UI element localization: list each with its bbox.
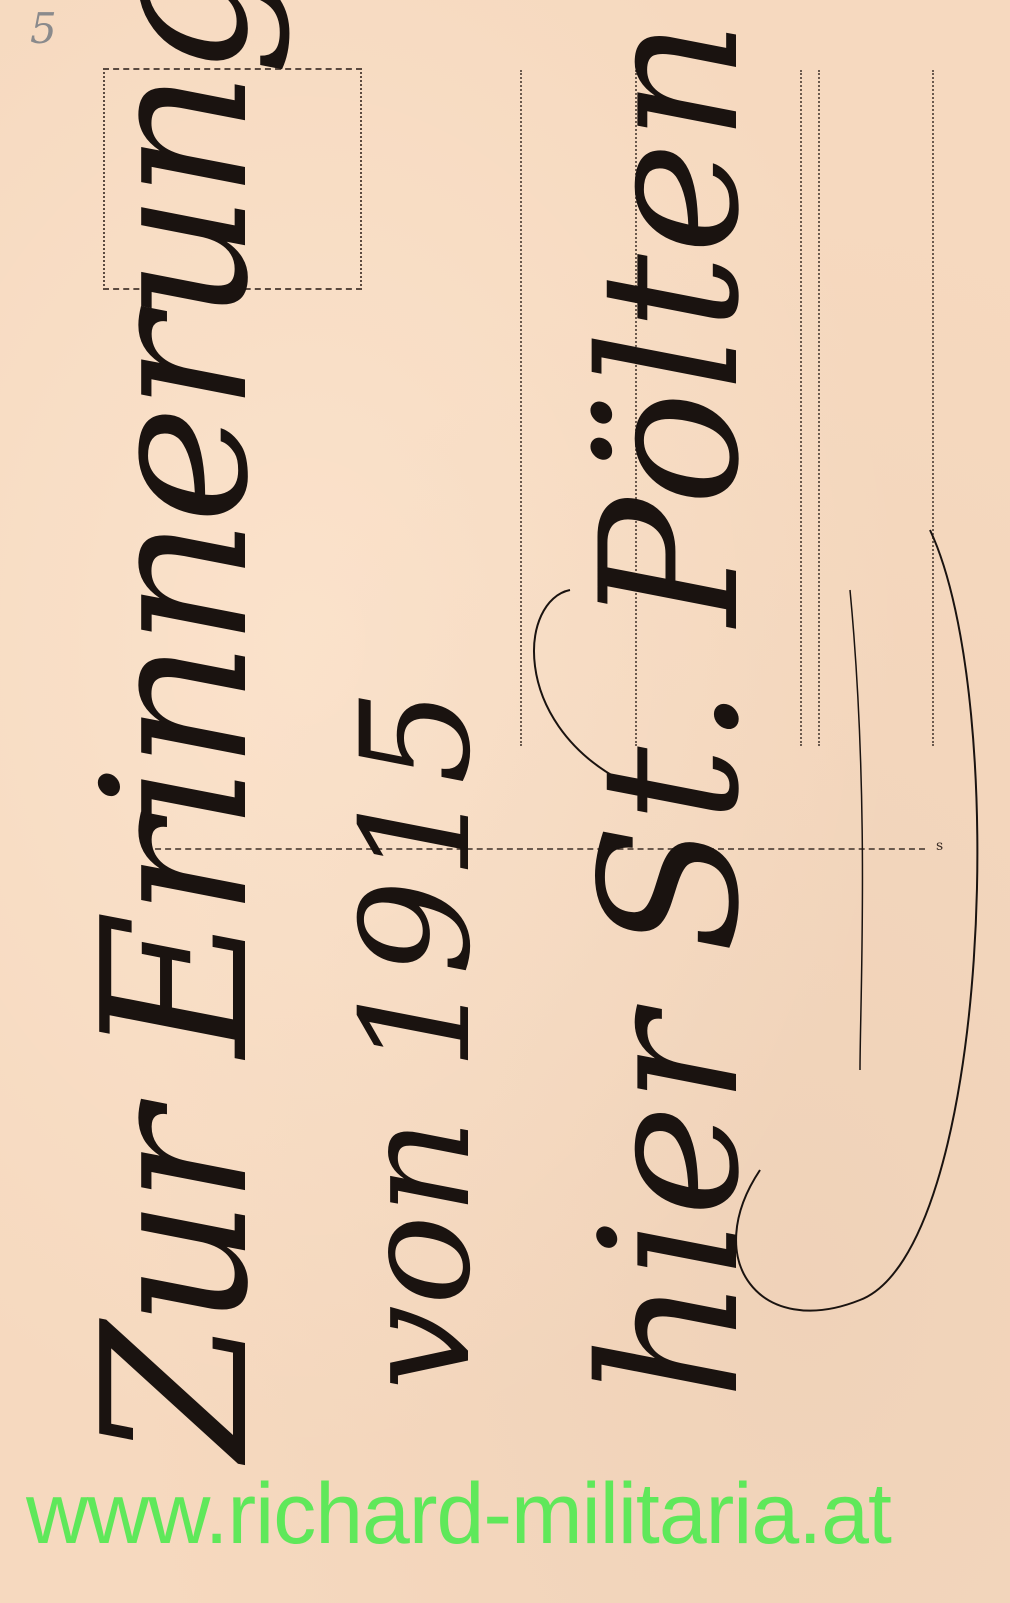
postcard-back: 5 s Zur Erinnerung von 1915 hier St. Pöl… (0, 0, 1010, 1603)
handwriting-line-3: hier St. Pölten (560, 19, 781, 1400)
handwriting-line-2: von 1915 (330, 689, 504, 1390)
watermark-url: www.richard-militaria.at (26, 1465, 891, 1564)
handwriting-line-1: Zur Erinnerung (60, 0, 293, 1460)
